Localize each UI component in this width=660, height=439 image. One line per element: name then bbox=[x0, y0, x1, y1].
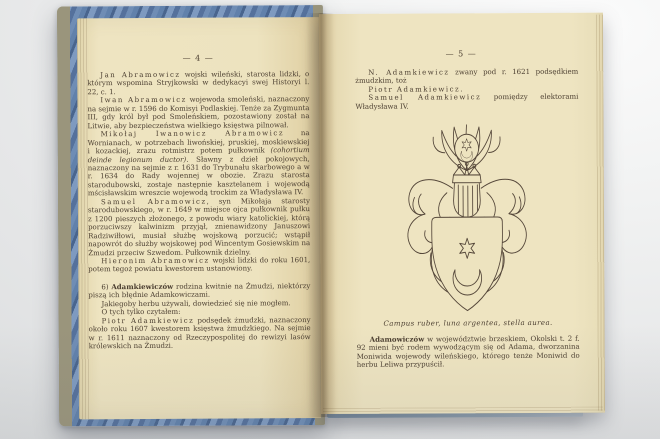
page-number-right: — 5 — bbox=[319, 49, 603, 59]
right-page: — 5 — N. Adamkiewicz zwany pod r. 1621 p… bbox=[319, 13, 605, 414]
helmet bbox=[450, 178, 485, 222]
paragraph: Iwan Abramowicz wojewoda smoleński, nazn… bbox=[87, 95, 309, 130]
paragraph: Hieronim Abramowicz wojski lidzki do rok… bbox=[88, 256, 310, 274]
left-page-text: Jan Abramowicz wojski wileński, starosta… bbox=[87, 70, 310, 351]
open-book: — 4 — Jan Abramowicz wojski wileński, st… bbox=[57, 4, 607, 427]
paragraph: Jan Abramowicz wojski wileński, starosta… bbox=[87, 70, 309, 97]
page-number-left: — 4 — bbox=[77, 53, 319, 63]
coat-of-arms-engraving bbox=[386, 119, 549, 318]
leliwa-coat-of-arms bbox=[386, 119, 549, 318]
shield bbox=[432, 217, 503, 311]
paragraph: Mikołaj Iwanowicz Abramowicz na Worniana… bbox=[88, 129, 310, 198]
book-photo-background: — 4 — Jan Abramowicz wojski wileński, st… bbox=[0, 0, 660, 439]
crest-medallion bbox=[455, 134, 479, 162]
paragraph: N. Adamkiewicz zwany pod r. 1621 podsędk… bbox=[355, 68, 578, 86]
paragraph: Piotr Adamkiewicz podsędek żmudzki, nazn… bbox=[89, 316, 311, 351]
paragraph: Adamowiczów w województwie brzeskiem, Ok… bbox=[357, 335, 580, 370]
paragraph: Samuel Abramowicz, syn Mikołaja starosty… bbox=[88, 197, 310, 257]
left-page: — 4 — Jan Abramowicz wojski wileński, st… bbox=[77, 17, 321, 419]
paragraph: Samuel Adamkiewicz pomiędzy elektorami W… bbox=[355, 93, 578, 111]
blazon-caption: Campus ruber, luna argentea, stella aure… bbox=[357, 319, 580, 328]
paragraph: 6) Adamkiewiczów rodzina kwitnie na Żmud… bbox=[88, 282, 310, 300]
right-page-text-bottom: Adamowiczów w województwie brzeskiem, Ok… bbox=[357, 335, 580, 370]
right-page-text-top: N. Adamkiewicz zwany pod r. 1621 podsędk… bbox=[355, 68, 578, 111]
paragraph: Jakiegoby herbu używali, dowiedzieć się … bbox=[88, 299, 310, 309]
